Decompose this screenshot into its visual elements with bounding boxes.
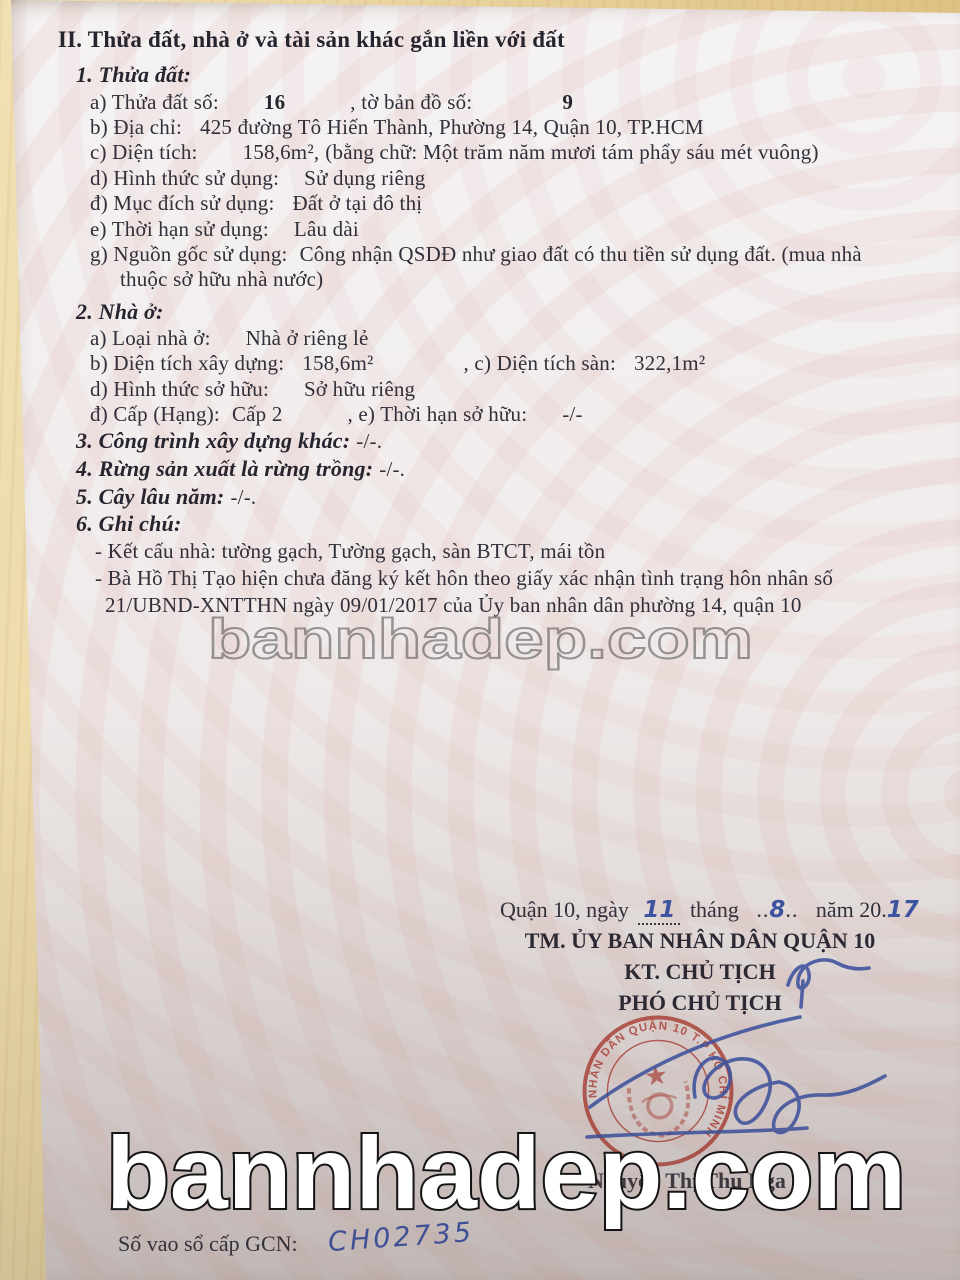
signature-descender-top bbox=[801, 981, 803, 1007]
address-value: 425 đường Tô Hiến Thành, Phường 14, Quận… bbox=[200, 115, 704, 139]
use-form-line: d) Hình thức sử dụng:Sử dụng riêng bbox=[90, 166, 425, 191]
address-label: b) Địa chỉ: bbox=[90, 115, 182, 139]
origin-line-2: thuộc sở hữu nhà nước) bbox=[120, 267, 323, 292]
floor-area-value: 322,1m² bbox=[634, 351, 705, 375]
perennial-line: 5. Cây lâu năm:-/-. bbox=[76, 484, 256, 510]
forest-label: 4. Rừng sản xuất là rừng trồng: bbox=[76, 456, 373, 481]
origin-value-1: Công nhận QSDĐ như giao đất có thu tiền … bbox=[300, 242, 862, 266]
month-word: tháng bbox=[690, 897, 739, 922]
ownership-line: d) Hình thức sở hữu:Sở hữu riêng bbox=[90, 377, 415, 402]
land-section-title: 1. Thửa đất: bbox=[76, 62, 191, 88]
section-ii-heading: II. Thửa đất, nhà ở và tài sản khác gắn … bbox=[58, 27, 565, 53]
grade-line: đ) Cấp (Hạng):Cấp 2, e) Thời hạn sở hữu:… bbox=[90, 402, 583, 427]
month-dots-after: .. bbox=[785, 897, 798, 922]
floor-area-label: , c) Diện tích sàn: bbox=[464, 351, 617, 375]
signature-tail bbox=[774, 1076, 885, 1133]
perennial-value: -/-. bbox=[230, 485, 256, 509]
other-construction-label: 3. Công trình xây dựng khác: bbox=[76, 428, 350, 453]
forest-line: 4. Rừng sản xuất là rừng trồng:-/-. bbox=[76, 456, 405, 482]
tenure-label: , e) Thời hạn sở hữu: bbox=[348, 402, 528, 426]
signature-loops bbox=[694, 1058, 779, 1123]
house-type-label: a) Loại nhà ở: bbox=[90, 326, 211, 350]
purpose-label: đ) Mục đích sử dụng: bbox=[90, 191, 275, 215]
area-value: 158,6m², bbox=[243, 140, 320, 164]
note-line-3: 21/UBND-XNTTHN ngày 09/01/2017 của Ủy ba… bbox=[105, 593, 802, 618]
plot-number-value: 16 bbox=[264, 90, 285, 114]
origin-value-2: thuộc sở hữu nhà nước) bbox=[120, 267, 323, 291]
use-form-value: Sử dụng riêng bbox=[304, 166, 425, 190]
note-line-2: - Bà Hồ Thị Tạo hiện chưa đăng ký kết hô… bbox=[95, 566, 833, 591]
photographed-certificate: II. Thửa đất, nhà ở và tài sản khác gắn … bbox=[0, 0, 960, 1280]
gcn-label: Số vao sổ cấp GCN: bbox=[118, 1231, 298, 1257]
plot-number-label: a) Thửa đất số: bbox=[90, 90, 219, 114]
document-paper: II. Thửa đất, nhà ở và tài sản khác gắn … bbox=[0, 0, 960, 1280]
grade-label: đ) Cấp (Hạng): bbox=[90, 402, 220, 426]
house-section-title: 2. Nhà ở: bbox=[76, 299, 164, 325]
map-sheet-label: , tờ bản đồ số: bbox=[350, 90, 472, 114]
house-type-line: a) Loại nhà ở:Nhà ở riêng lẻ bbox=[90, 326, 369, 351]
area-line: c) Diện tích:158,6m²,(bằng chữ: Một trăm… bbox=[90, 140, 819, 165]
month-dots-before: .. bbox=[756, 897, 769, 922]
handwritten-year: 17 bbox=[887, 897, 919, 923]
forest-value: -/-. bbox=[379, 457, 405, 481]
signature-stroke bbox=[545, 935, 945, 1165]
purpose-line: đ) Mục đích sử dụng:Đất ở tại đô thị bbox=[90, 191, 422, 216]
duration-label: e) Thời hạn sử dụng: bbox=[90, 217, 269, 241]
year-word: năm 20. bbox=[816, 897, 887, 922]
place-date-line: Quận 10, ngày 11 tháng ..8.. năm 20.17 bbox=[500, 897, 900, 923]
notes-title: 6. Ghi chú: bbox=[76, 511, 182, 537]
handwritten-month: 8 bbox=[769, 897, 785, 923]
other-construction-line: 3. Công trình xây dựng khác:-/-. bbox=[76, 428, 382, 454]
place-date-prefix: Quận 10, ngày bbox=[500, 897, 629, 922]
house-type-value: Nhà ở riêng lẻ bbox=[246, 326, 369, 350]
gcn-number-handwritten: CH02735 bbox=[327, 1217, 475, 1258]
map-sheet-value: 9 bbox=[562, 90, 573, 114]
built-area-label: b) Diện tích xây dựng: bbox=[90, 351, 284, 375]
ownership-value: Sở hữu riêng bbox=[304, 377, 415, 401]
purpose-value: Đất ở tại đô thị bbox=[293, 191, 423, 215]
ownership-label: d) Hình thức sở hữu: bbox=[90, 377, 269, 401]
tenure-value: -/- bbox=[562, 402, 582, 426]
signer-name: Nguyễn Thị Thu Nga bbox=[588, 1168, 786, 1194]
duration-value: Lâu dài bbox=[294, 217, 359, 241]
area-in-words: (bằng chữ: Một trăm năm mươi tám phẩy sá… bbox=[325, 140, 818, 164]
grade-value: Cấp 2 bbox=[232, 402, 283, 426]
duration-line: e) Thời hạn sử dụng:Lâu dài bbox=[90, 217, 359, 242]
built-area-line: b) Diện tích xây dựng:158,6m², c) Diện t… bbox=[90, 351, 705, 376]
address-line: b) Địa chỉ:425 đường Tô Hiến Thành, Phườ… bbox=[90, 115, 704, 140]
origin-label: g) Nguồn gốc sử dụng: bbox=[90, 242, 288, 266]
signature-flourish-top bbox=[788, 960, 869, 988]
handwritten-day: 11 bbox=[638, 897, 680, 925]
area-label: c) Diện tích: bbox=[90, 140, 198, 164]
plot-number-line: a) Thửa đất số:16, tờ bản đồ số:9 bbox=[90, 90, 573, 115]
note-line-1: - Kết cấu nhà: tường gạch, Tường gạch, s… bbox=[95, 539, 605, 564]
other-construction-value: -/-. bbox=[356, 429, 382, 453]
perennial-label: 5. Cây lâu năm: bbox=[76, 484, 224, 509]
signature-underline bbox=[587, 1128, 807, 1137]
origin-line-1: g) Nguồn gốc sử dụng:Công nhận QSDĐ như … bbox=[90, 242, 862, 267]
use-form-label: d) Hình thức sử dụng: bbox=[90, 166, 279, 190]
built-area-value: 158,6m² bbox=[302, 351, 373, 375]
